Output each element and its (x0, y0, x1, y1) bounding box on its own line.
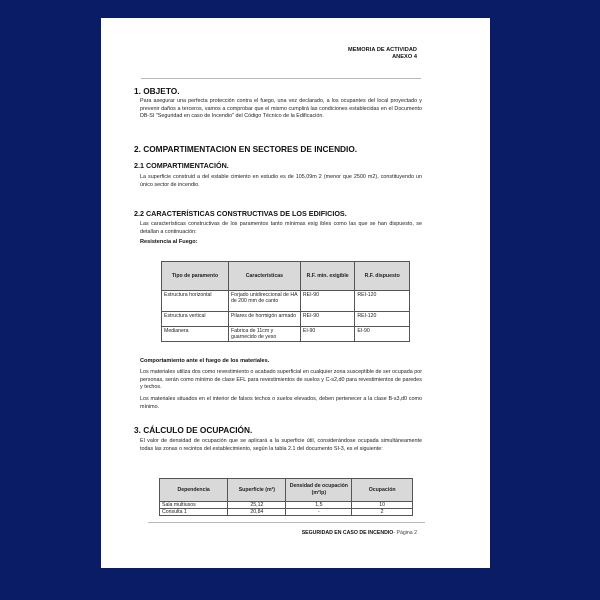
table-header: Dependencia (160, 479, 228, 502)
fire-resistance-table: Tipo de paramento Características R.F. m… (161, 261, 410, 342)
table-header: Características (228, 262, 300, 291)
section-2-1-paragraph: La superficie construid a del estable ci… (140, 174, 422, 189)
section-2-1-title: 2.1 COMPARTIMENTACIÓN. (134, 161, 229, 170)
section-2-2-paragraph: Las características constructivas de los… (140, 221, 422, 236)
comportamiento-label: Comportamiento ante el fuego de los mate… (140, 358, 269, 364)
table-cell: EI-90 (355, 327, 410, 342)
table-cell: 20,84 (228, 509, 286, 516)
table-cell: REI-90 (300, 291, 355, 312)
table-cell: Medianera (162, 327, 229, 342)
table-cell: 10 (352, 502, 413, 509)
table-header: Superficie (m²) (228, 479, 286, 502)
table-cell: REI-90 (300, 312, 355, 327)
page-header: MEMORIA DE ACTIVIDAD ANEXO 4 (348, 47, 417, 61)
table-cell: - (286, 509, 352, 516)
table-cell: Pilares de hormigón armado (228, 312, 300, 327)
table-row: Estructura vertical Pilares de hormigón … (162, 312, 410, 327)
table-row: Medianera Fabrica de 11cm y guarnecido d… (162, 327, 410, 342)
table-header: Ocupación (352, 479, 413, 502)
footer-title: SEGURIDAD EN CASO DE INCENDIO (302, 530, 394, 536)
section-3-title: 3. CÁLCULO DE OCUPACIÓN. (134, 425, 252, 435)
header-line-1: MEMORIA DE ACTIVIDAD (348, 47, 417, 54)
section-2-2-title: 2.2 CARACTERÍSTICAS CONSTRUCTIVAS DE LOS… (134, 209, 347, 218)
table-cell: Sala multiusos (160, 502, 228, 509)
table-header: R.F. min. exigible (300, 262, 355, 291)
table-cell: 2 (352, 509, 413, 516)
section-2-title: 2. COMPARTIMENTACION EN SECTORES DE INCE… (134, 144, 357, 154)
table-cell: 1,5 (286, 502, 352, 509)
table-row: Consulta 1 20,84 - 2 (160, 509, 413, 516)
table-row: Sala multiusos 25,12 1,5 10 (160, 502, 413, 509)
document-page: MEMORIA DE ACTIVIDAD ANEXO 4 1. OBJETO. … (101, 18, 490, 568)
occupancy-table: Dependencia Superficie (m²) Densidad de … (159, 478, 413, 516)
table-cell: Consulta 1 (160, 509, 228, 516)
page-footer: SEGURIDAD EN CASO DE INCENDIO- Página 2 (302, 530, 417, 536)
table-cell: Estructura horizontal (162, 291, 229, 312)
table-cell: REI-120 (355, 291, 410, 312)
section-3-paragraph: El valor de densidad de ocupación que se… (140, 438, 422, 453)
table-cell: Estructura vertical (162, 312, 229, 327)
footer-rule (148, 522, 425, 523)
comportamiento-paragraph-1: Los materiales utiliza dos como revestim… (140, 369, 422, 392)
table-header: R.F. dispuesto (355, 262, 410, 291)
header-line-2: ANEXO 4 (348, 54, 417, 61)
table-cell: 25,12 (228, 502, 286, 509)
table-cell: Fabrica de 11cm y guarnecido de yeso (228, 327, 300, 342)
table-cell: EI-90 (300, 327, 355, 342)
section-1-paragraph: Para asegurar una perfecta protección co… (140, 98, 422, 121)
table-row: Estructura horizontal Forjado unidirecci… (162, 291, 410, 312)
resistencia-label: Resistencia al Fuego: (140, 239, 198, 245)
table-cell: Forjado unidireccional de HA de 200 mm d… (228, 291, 300, 312)
header-rule (141, 78, 421, 79)
section-1-title: 1. OBJETO. (134, 86, 180, 96)
table-header: Densidad de ocupación (m²/p) (286, 479, 352, 502)
footer-page-number: - Página 2 (393, 530, 417, 536)
comportamiento-paragraph-2: Los materiales situados en el interior d… (140, 396, 422, 411)
table-header: Tipo de paramento (162, 262, 229, 291)
table-cell: REI-120 (355, 312, 410, 327)
